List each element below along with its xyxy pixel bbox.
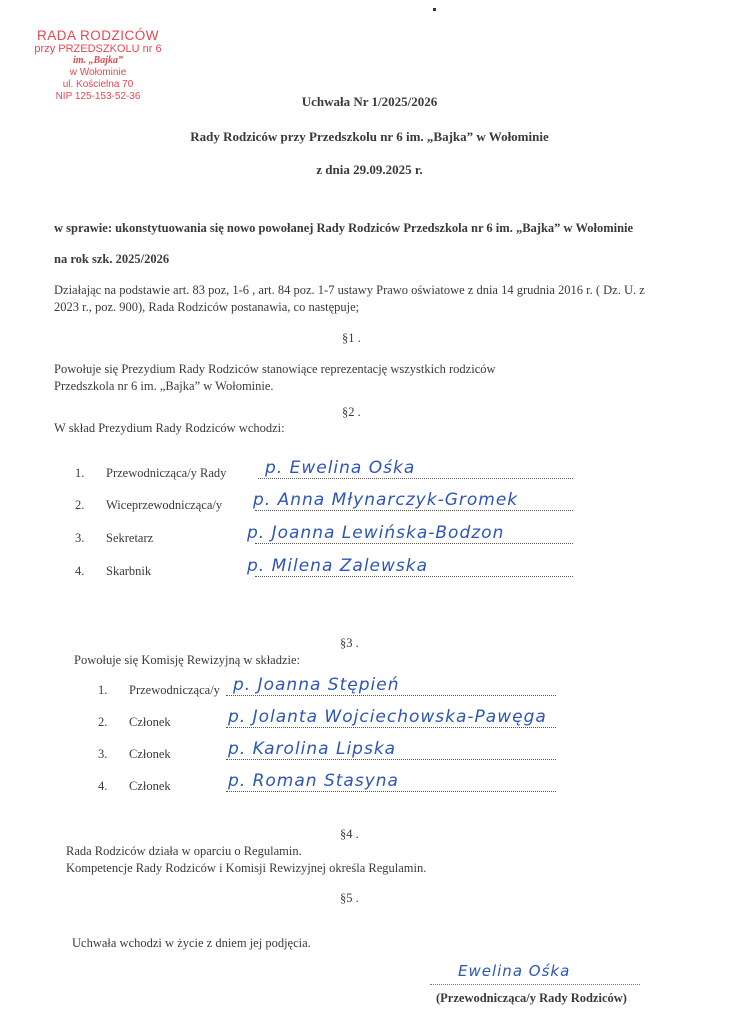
row-role: Członek	[129, 747, 171, 762]
section-3-mark: §3 .	[340, 636, 359, 651]
row-number: 1.	[98, 683, 128, 698]
section-1-line: Powołuje się Prezydium Rady Rodziców sta…	[54, 361, 496, 378]
commission-row: 2. Członek p. Jolanta Wojciechowska-Pawę…	[98, 715, 598, 735]
section-3-intro: Powołuje się Komisję Rewizyjną w składzi…	[74, 653, 300, 668]
presidium-row: 1. Przewodnicząca/y Rady p. Ewelina Ośka	[75, 466, 595, 486]
section-2-intro: W skład Prezydium Rady Rodziców wchodzi:	[54, 421, 285, 436]
section-1-text: Powołuje się Prezydium Rady Rodziców sta…	[54, 361, 496, 395]
row-number: 3.	[98, 747, 128, 762]
commission-row: 3. Członek p. Karolina Lipska	[98, 747, 598, 767]
section-4-line: Kompetencje Rady Rodziców i Komisji Rewi…	[66, 860, 426, 877]
document-date: z dnia 29.09.2025 r.	[0, 162, 739, 178]
row-number: 2.	[98, 715, 128, 730]
row-number: 4.	[98, 779, 128, 794]
subject-line-1: w sprawie: ukonstytuowania się nowo powo…	[54, 221, 633, 236]
subject-line-2: na rok szk. 2025/2026	[54, 252, 169, 267]
row-number: 1.	[75, 466, 105, 481]
row-role: Członek	[129, 715, 171, 730]
presidium-row: 2. Wiceprzewodnicząca/y p. Anna Młynarcz…	[75, 498, 595, 518]
stamp-line: w Wołominie	[18, 67, 178, 79]
row-role: Sekretarz	[106, 531, 153, 546]
section-2-mark: §2 .	[342, 405, 361, 420]
row-role: Członek	[129, 779, 171, 794]
section-1-line: Przedszkola nr 6 im. „Bajka” w Wołominie…	[54, 378, 496, 395]
row-role: Wiceprzewodnicząca/y	[106, 498, 222, 513]
row-role: Przewodnicząca/y	[129, 683, 220, 698]
signature-caption: (Przewodnicząca/y Rady Rodziców)	[436, 991, 627, 1006]
handwritten-name: p. Ewelina Ośka	[265, 458, 415, 478]
row-number: 2.	[75, 498, 105, 513]
commission-row: 1. Przewodnicząca/y p. Joanna Stępień	[98, 683, 598, 703]
row-number: 4.	[75, 564, 105, 579]
section-5-text: Uchwała wchodzi w życie z dniem jej podj…	[72, 936, 311, 951]
section-1-mark: §1 .	[342, 331, 361, 346]
handwritten-name: p. Milena Zalewska	[247, 556, 428, 576]
preamble: Działając na podstawie art. 83 poz, 1-6 …	[54, 282, 734, 316]
handwritten-name: p. Joanna Stępień	[233, 675, 399, 695]
council-stamp: RADA RODZICÓW przy PRZEDSZKOLU nr 6 im. …	[18, 28, 178, 103]
section-4-line: Rada Rodziców działa w oparciu o Regulam…	[66, 843, 426, 860]
preamble-line: Działając na podstawie art. 83 poz, 1-6 …	[54, 282, 734, 299]
handwritten-signature: Ewelina Ośka	[458, 962, 570, 980]
handwritten-name: p. Karolina Lipska	[228, 739, 396, 759]
commission-row: 4. Członek p. Roman Stasyna	[98, 779, 598, 799]
document-title: Uchwała Nr 1/2025/2026	[0, 94, 739, 110]
row-role: Skarbnik	[106, 564, 151, 579]
signature-line	[430, 984, 640, 985]
handwritten-name: p. Anna Młynarczyk-Gromek	[253, 490, 518, 510]
handwritten-name: p. Jolanta Wojciechowska-Pawęga	[228, 707, 547, 727]
stamp-line: RADA RODZICÓW	[18, 28, 178, 43]
section-4-text: Rada Rodziców działa w oparciu o Regulam…	[66, 843, 426, 877]
document-subtitle: Rady Rodziców przy Przedszkolu nr 6 im. …	[0, 129, 739, 145]
row-role: Przewodnicząca/y Rady	[106, 466, 226, 481]
section-4-mark: §4 .	[340, 827, 359, 842]
row-number: 3.	[75, 531, 105, 546]
preamble-line: 2023 r., poz. 900), Rada Rodziców postan…	[54, 299, 734, 316]
stamp-line: im. „Bajka”	[18, 55, 178, 67]
stamp-line: przy PRZEDSZKOLU nr 6	[18, 43, 178, 55]
presidium-row: 3. Sekretarz p. Joanna Lewińska-Bodzon	[75, 531, 595, 551]
presidium-row: 4. Skarbnik p. Milena Zalewska	[75, 564, 595, 584]
section-5-mark: §5 .	[340, 891, 359, 906]
scan-speck	[433, 8, 436, 11]
handwritten-name: p. Roman Stasyna	[228, 771, 399, 791]
handwritten-name: p. Joanna Lewińska-Bodzon	[247, 523, 504, 543]
stamp-line: ul. Kościelna 70	[18, 79, 178, 91]
